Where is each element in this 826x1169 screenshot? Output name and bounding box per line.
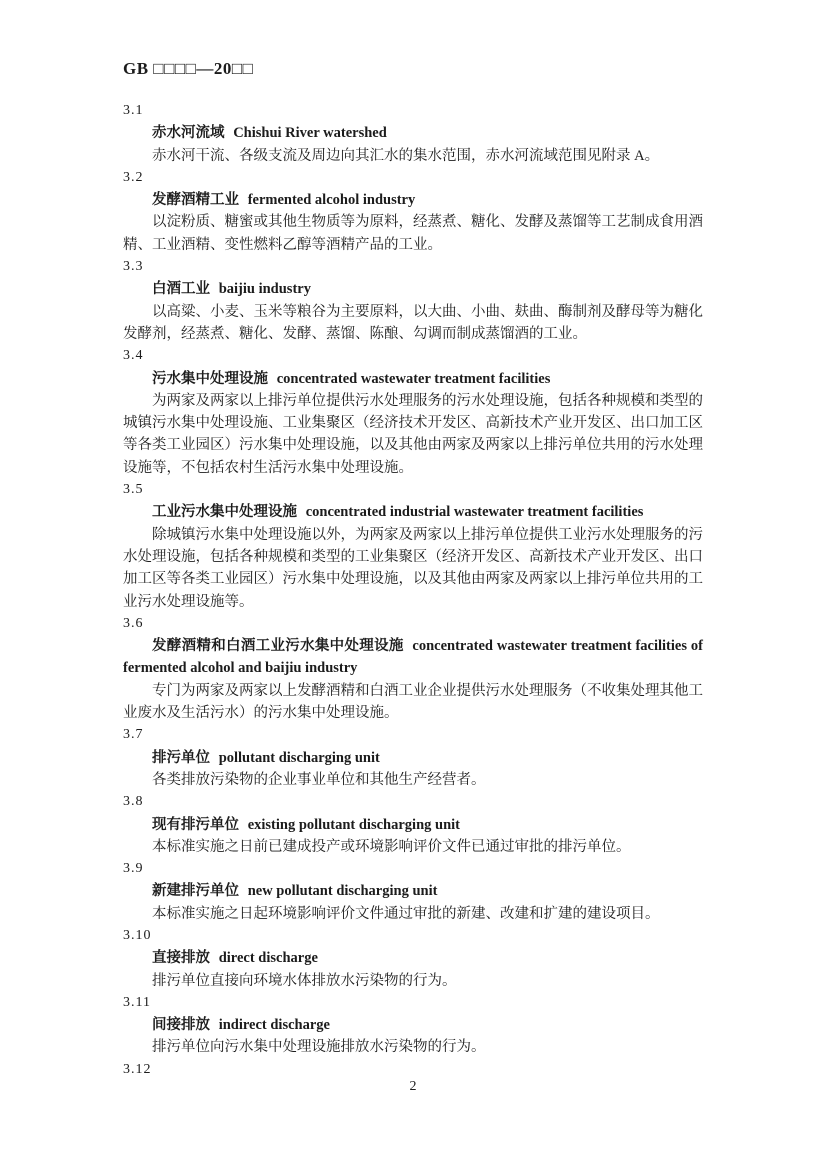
term-chinese: 现有排污单位 [152, 817, 239, 833]
term-definition: 各类排放污染物的企业事业单位和其他生产经营者。 [123, 769, 703, 791]
term-chinese: 白酒工业 [152, 281, 210, 297]
section-number: 3.1 [123, 100, 703, 122]
term-chinese: 污水集中处理设施 [152, 371, 268, 387]
term-heading: 排污单位pollutant discharging unit [123, 747, 703, 769]
term-heading: 污水集中处理设施concentrated wastewater treatmen… [123, 368, 703, 390]
term-chinese: 发酵酒精和白酒工业污水集中处理设施 [152, 638, 404, 654]
page-number: 2 [0, 1078, 826, 1096]
section-number: 3.3 [123, 256, 703, 278]
term-definition: 为两家及两家以上排污单位提供污水处理服务的污水处理设施，包括各种规模和类型的城镇… [123, 390, 703, 479]
term-english: concentrated industrial wastewater treat… [306, 504, 644, 520]
term-definition: 本标准实施之日起环境影响评价文件通过审批的新建、改建和扩建的建设项目。 [123, 903, 703, 925]
term-english: fermented alcohol industry [248, 192, 416, 208]
section-number: 3.10 [123, 925, 703, 947]
term-section: 3.1赤水河流域Chishui River watershed赤水河干流、各级支… [123, 100, 703, 167]
section-number: 3.5 [123, 479, 703, 501]
term-section: 3.9新建排污单位new pollutant discharging unit本… [123, 858, 703, 925]
term-definition: 赤水河干流、各级支流及周边向其汇水的集水范围，赤水河流域范围见附录 A。 [123, 145, 703, 167]
term-section: 3.11间接排放indirect discharge排污单位向污水集中处理设施排… [123, 992, 703, 1059]
term-english: new pollutant discharging unit [248, 883, 438, 899]
term-heading: 发酵酒精工业fermented alcohol industry [123, 189, 703, 211]
section-number: 3.4 [123, 345, 703, 367]
term-chinese: 赤水河流域 [152, 125, 225, 141]
term-chinese: 排污单位 [152, 750, 210, 766]
term-heading: 白酒工业baijiu industry [123, 278, 703, 300]
term-heading: 工业污水集中处理设施concentrated industrial wastew… [123, 501, 703, 523]
term-heading: 赤水河流域Chishui River watershed [123, 122, 703, 144]
section-number: 3.8 [123, 791, 703, 813]
term-chinese: 新建排污单位 [152, 883, 239, 899]
term-section: 3.2发酵酒精工业fermented alcohol industry以淀粉质、… [123, 167, 703, 256]
term-english: baijiu industry [219, 281, 311, 297]
term-heading: 间接排放indirect discharge [123, 1014, 703, 1036]
term-chinese: 间接排放 [152, 1017, 210, 1033]
section-number: 3.7 [123, 724, 703, 746]
document-page: GB □□□□—20□□ 3.1赤水河流域Chishui River water… [0, 0, 826, 1169]
term-section: 3.6发酵酒精和白酒工业污水集中处理设施concentrated wastewa… [123, 613, 703, 724]
term-english: existing pollutant discharging unit [248, 817, 460, 833]
term-section: 3.3白酒工业baijiu industry以高粱、小麦、玉米等粮谷为主要原料，… [123, 256, 703, 345]
term-section: 3.7排污单位pollutant discharging unit各类排放污染物… [123, 724, 703, 791]
term-english: indirect discharge [219, 1017, 330, 1033]
term-english: Chishui River watershed [233, 125, 387, 141]
section-number: 3.9 [123, 858, 703, 880]
term-definition: 排污单位直接向环境水体排放水污染物的行为。 [123, 970, 703, 992]
section-number: 3.2 [123, 167, 703, 189]
term-chinese: 发酵酒精工业 [152, 192, 239, 208]
terms-and-definitions-list: 3.1赤水河流域Chishui River watershed赤水河干流、各级支… [123, 100, 703, 1081]
term-section: 3.8现有排污单位existing pollutant discharging … [123, 791, 703, 858]
term-heading: 发酵酒精和白酒工业污水集中处理设施concentrated wastewater… [123, 635, 703, 680]
page-content: GB □□□□—20□□ 3.1赤水河流域Chishui River water… [123, 58, 703, 1081]
term-definition: 除城镇污水集中处理设施以外，为两家及两家以上排污单位提供工业污水处理服务的污水处… [123, 524, 703, 613]
term-section: 3.4污水集中处理设施concentrated wastewater treat… [123, 345, 703, 479]
section-number: 3.6 [123, 613, 703, 635]
term-heading: 直接排放direct discharge [123, 947, 703, 969]
term-definition: 专门为两家及两家以上发酵酒精和白酒工业企业提供污水处理服务（不收集处理其他工业废… [123, 680, 703, 725]
term-definition: 排污单位向污水集中处理设施排放水污染物的行为。 [123, 1036, 703, 1058]
term-definition: 本标准实施之日前已建成投产或环境影响评价文件已通过审批的排污单位。 [123, 836, 703, 858]
term-heading: 现有排污单位existing pollutant discharging uni… [123, 814, 703, 836]
section-number: 3.11 [123, 992, 703, 1014]
term-english: concentrated wastewater treatment facili… [277, 371, 551, 387]
term-english: direct discharge [219, 950, 318, 966]
term-english: pollutant discharging unit [219, 750, 380, 766]
term-chinese: 直接排放 [152, 950, 210, 966]
term-section: 3.5工业污水集中处理设施concentrated industrial was… [123, 479, 703, 613]
term-heading: 新建排污单位new pollutant discharging unit [123, 880, 703, 902]
term-section: 3.10直接排放direct discharge排污单位直接向环境水体排放水污染… [123, 925, 703, 992]
term-definition: 以高粱、小麦、玉米等粮谷为主要原料，以大曲、小曲、麸曲、酶制剂及酵母等为糖化发酵… [123, 301, 703, 346]
term-chinese: 工业污水集中处理设施 [152, 504, 297, 520]
term-definition: 以淀粉质、糖蜜或其他生物质等为原料，经蒸煮、糖化、发酵及蒸馏等工艺制成食用酒精、… [123, 211, 703, 256]
standard-code-header: GB □□□□—20□□ [123, 58, 703, 80]
